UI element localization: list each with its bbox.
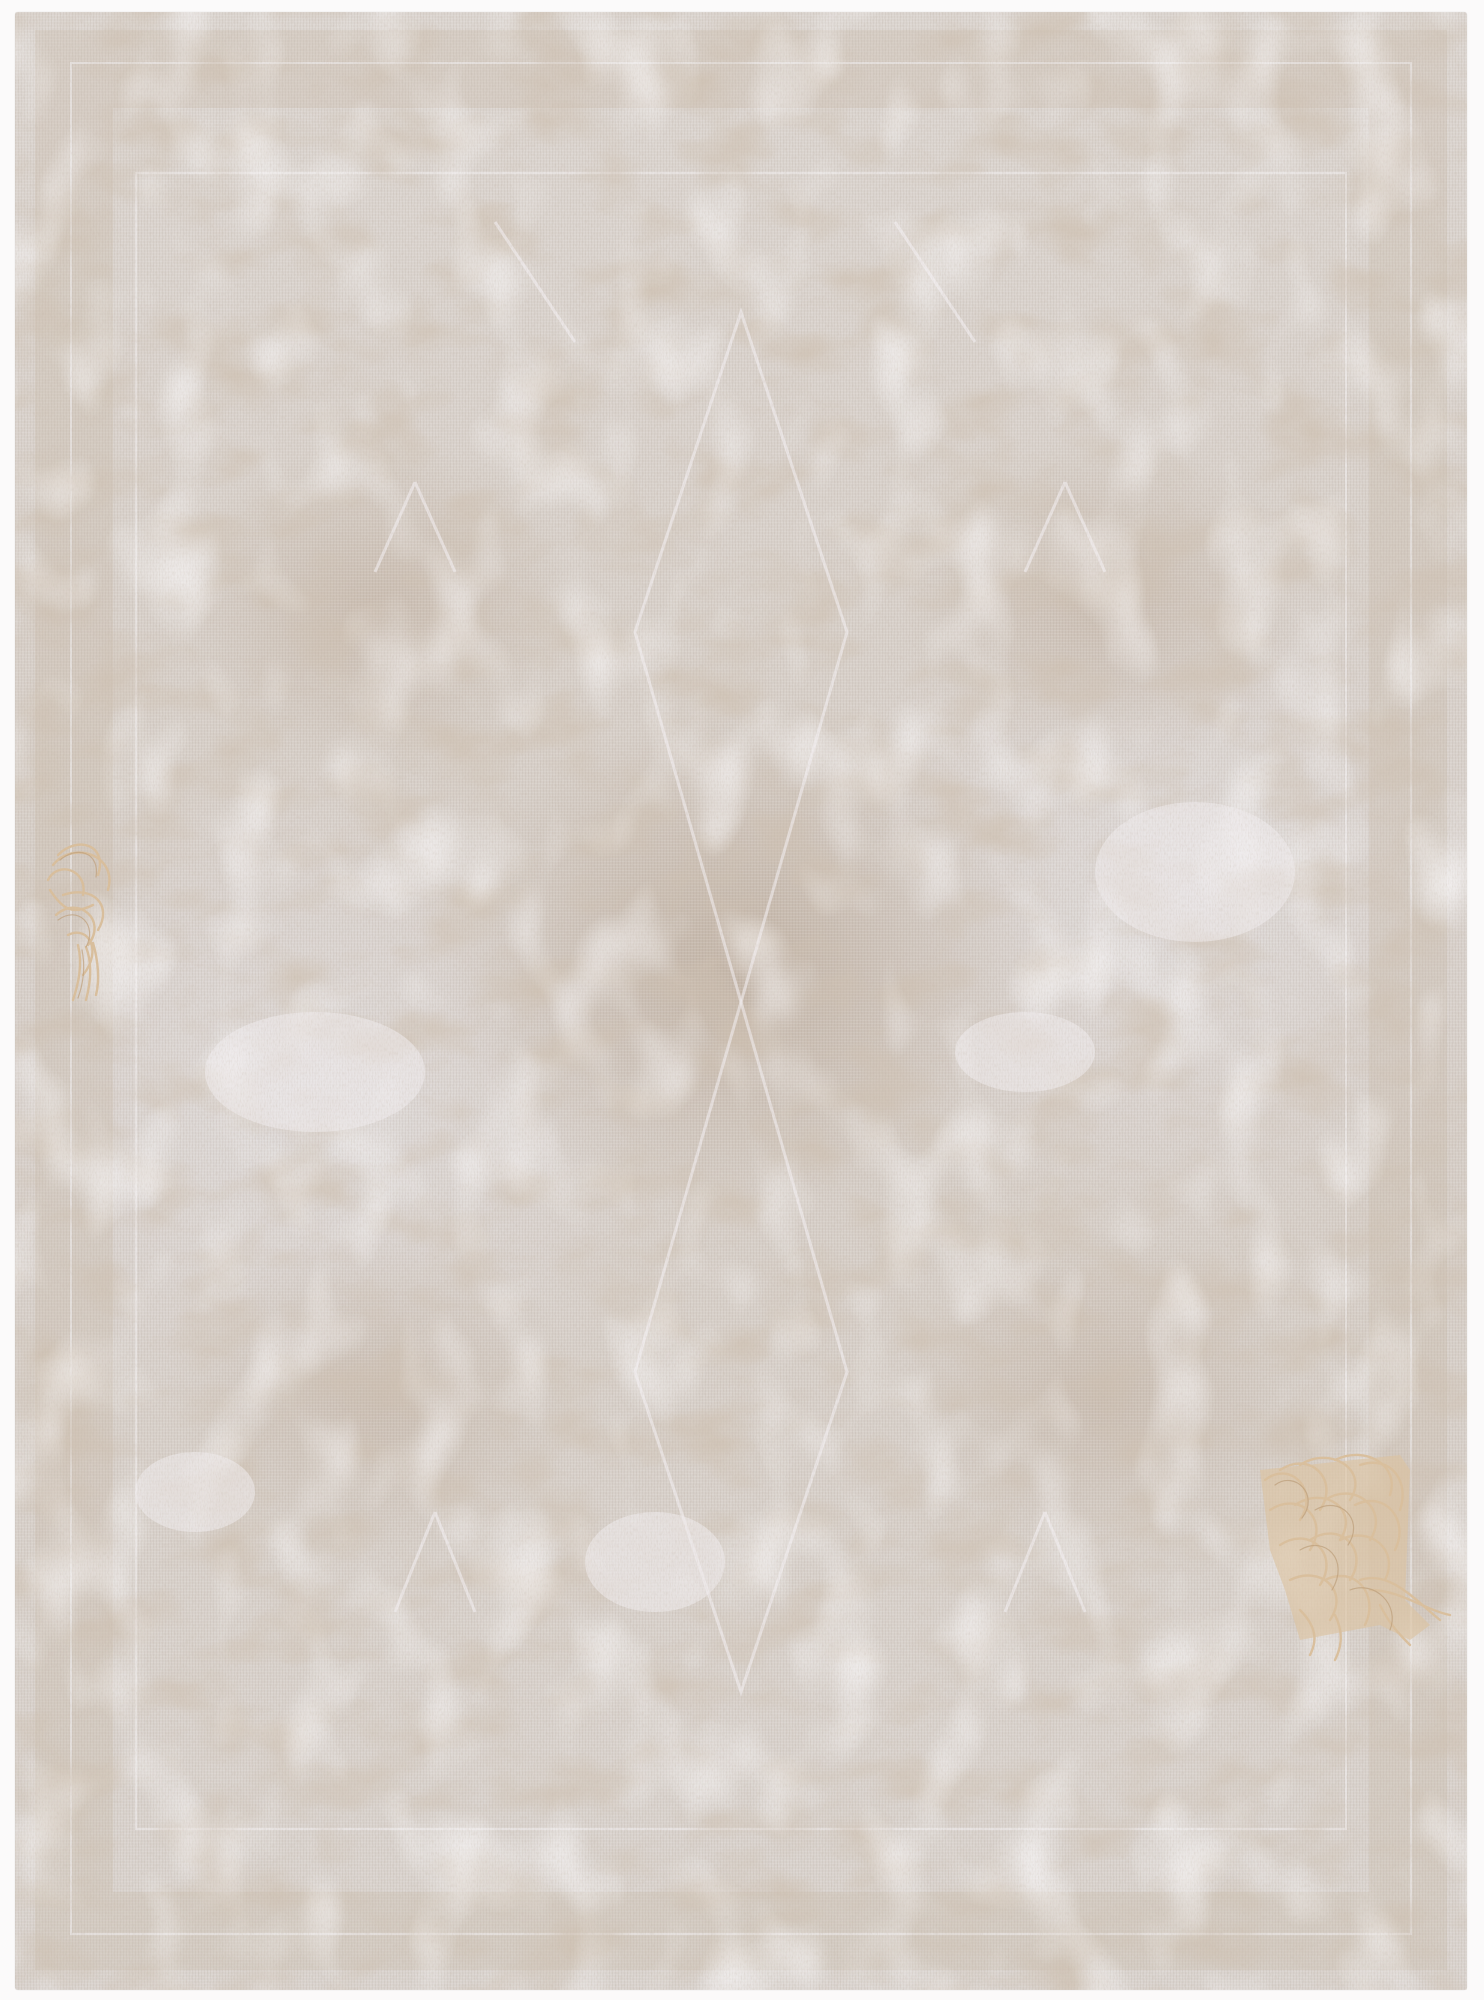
fringe-tuft-right — [1240, 1440, 1455, 1665]
fringe-tuft-left — [38, 835, 128, 1005]
rug — [15, 12, 1467, 1990]
rug-faded-pattern — [15, 12, 1467, 1990]
